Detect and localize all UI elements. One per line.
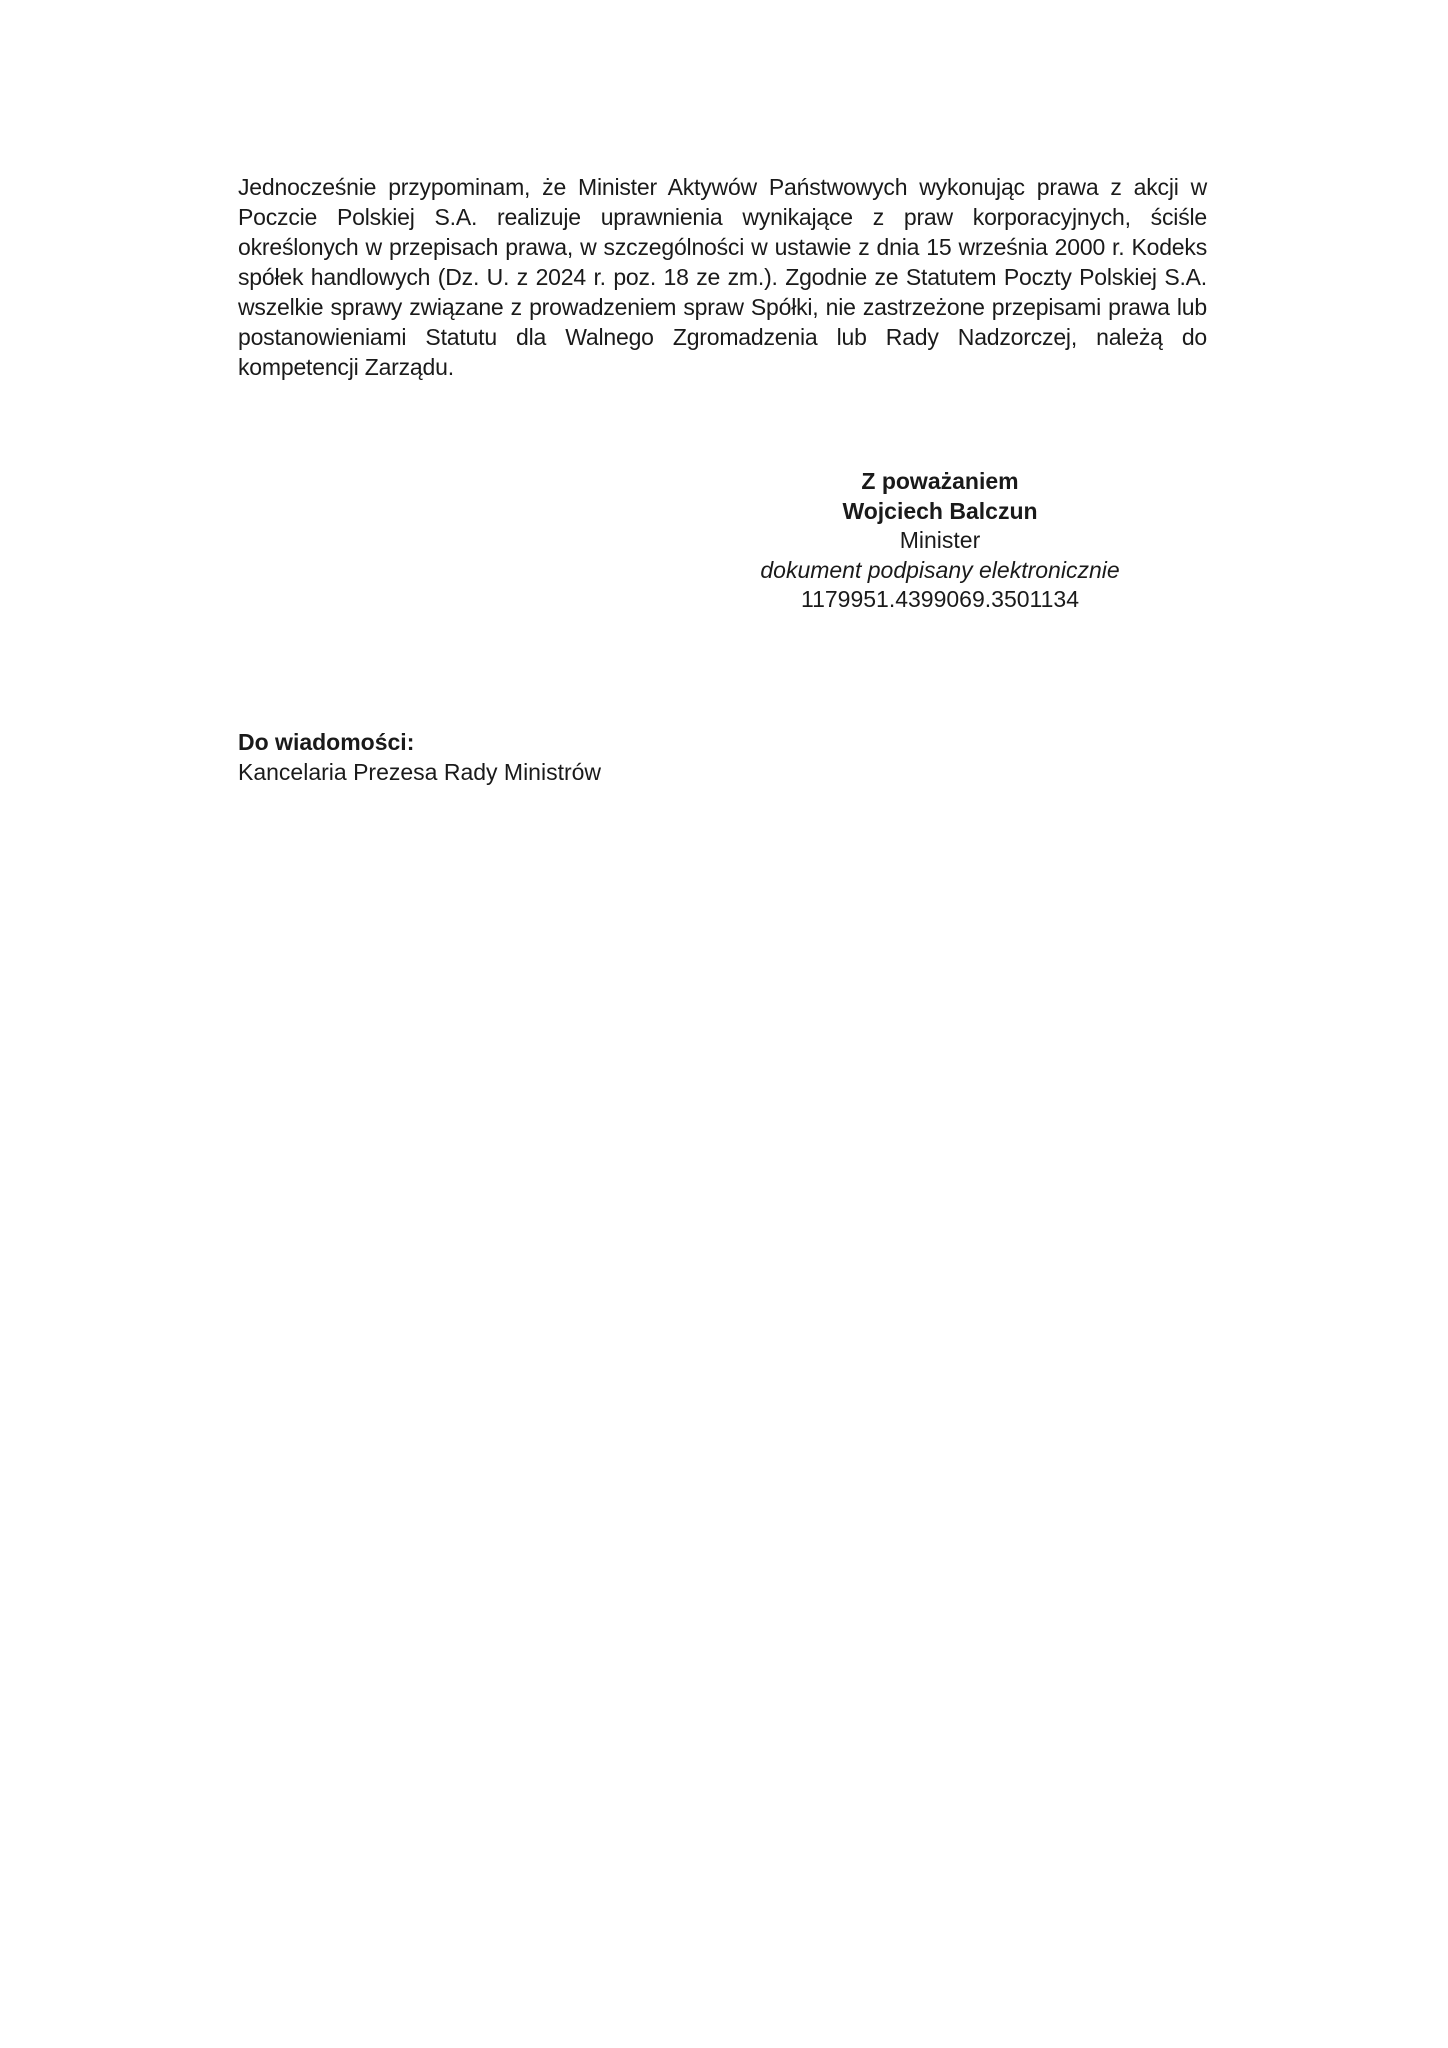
cc-label: Do wiadomości: bbox=[238, 727, 601, 757]
signatory-title: Minister bbox=[730, 526, 1150, 556]
signature-block: Z poważaniem Wojciech Balczun Minister d… bbox=[730, 467, 1150, 615]
signatory-name: Wojciech Balczun bbox=[730, 497, 1150, 527]
body-paragraph: Jednocześnie przypominam, że Minister Ak… bbox=[238, 172, 1207, 382]
cc-block: Do wiadomości: Kancelaria Prezesa Rady M… bbox=[238, 727, 601, 787]
cc-recipient: Kancelaria Prezesa Rady Ministrów bbox=[238, 757, 601, 787]
signature-id: 1179951.4399069.3501134 bbox=[730, 585, 1150, 615]
signature-closing: Z poważaniem bbox=[730, 467, 1150, 497]
document-page: Jednocześnie przypominam, że Minister Ak… bbox=[0, 0, 1448, 2048]
electronic-signature-note: dokument podpisany elektronicznie bbox=[730, 556, 1150, 586]
